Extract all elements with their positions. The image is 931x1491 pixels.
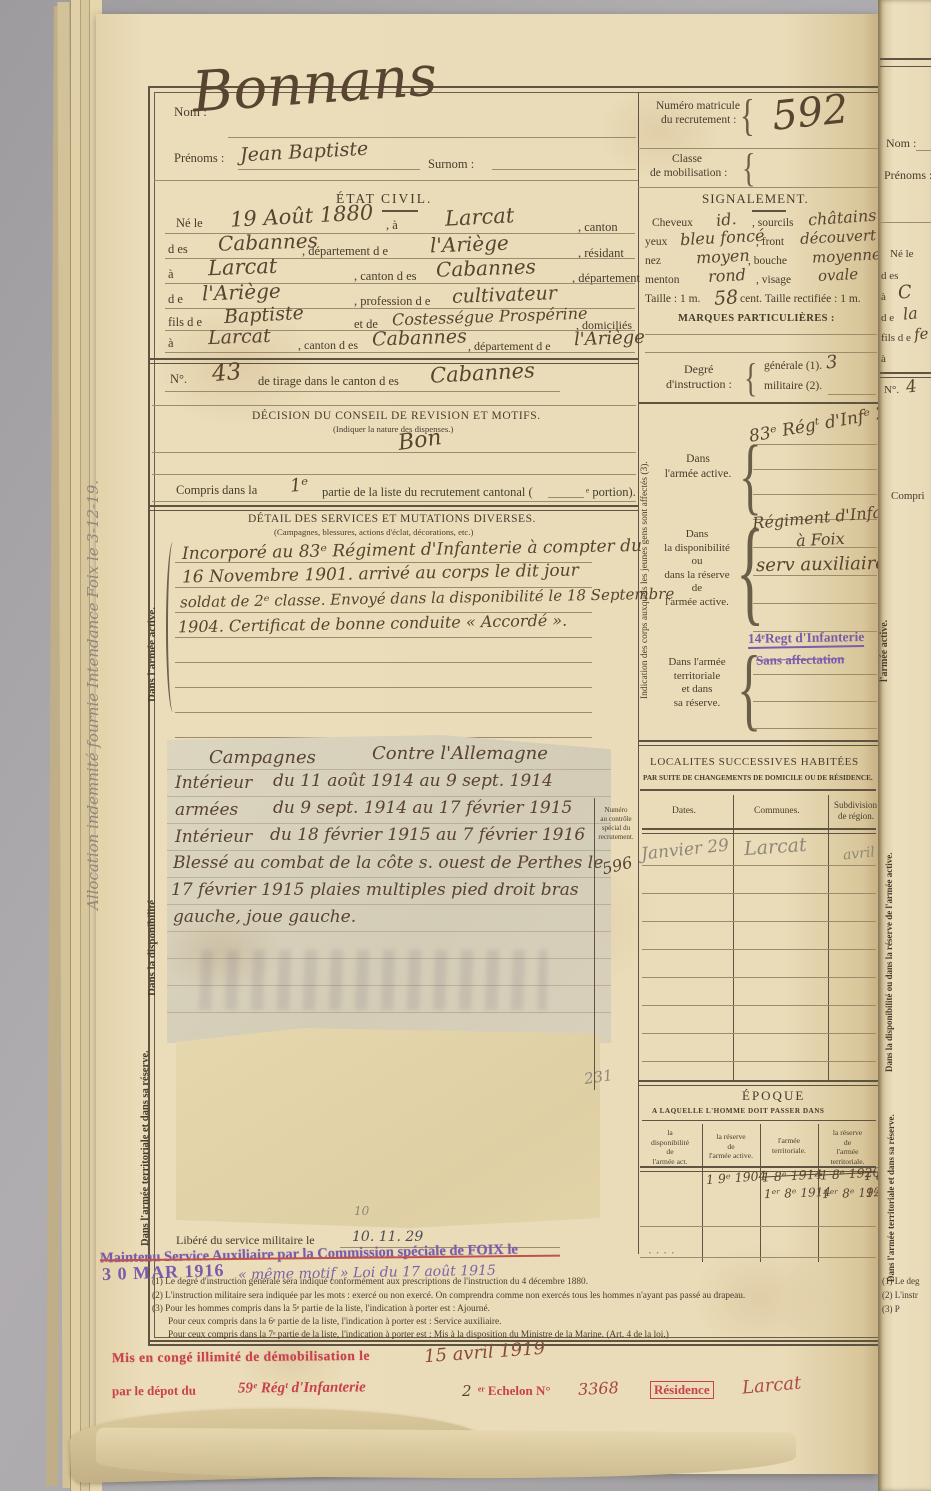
marques-label: MARQUES PARTICULIÈRES : [678,313,835,324]
np-de-label: d e [881,312,894,324]
departement-value: l'Ariège [202,279,282,306]
epoque-col4-header: la réserve de l'armée territoriale. [820,1128,875,1166]
classe-label: Classe [672,153,702,165]
label-line: disponibilité [640,1138,700,1148]
degre-militaire-label: militaire (2). [764,380,822,392]
rule [645,352,877,353]
a-label: , à [386,218,398,233]
tirage-label: de tirage dans le canton d es [258,374,399,389]
rule [548,497,584,498]
title-rule [752,210,786,212]
margin-pencil-note: Allocation indemnité fournie Intendance … [84,300,102,1090]
margin-disponibilite-label: Dans la disponibilité [146,858,158,1038]
wound-line: 17 février 1915 plaies multiples pied dr… [171,880,579,900]
label-line: au contrôle [595,815,637,824]
corps-active-label: Dans l'armée active. [655,452,741,482]
degre-generale-value: 3 [825,352,838,374]
label-line: l'armée act. [640,1157,700,1167]
label-line: l'armée active. [652,596,742,610]
campaign-zone: armées [175,800,238,820]
localites-subtitle: PAR SUITE DE CHANGEMENTS DE DOMICILE OU … [643,774,873,782]
libere-date: 10. 11. 29 [352,1229,423,1245]
compris-label3: ᵉ portion). [586,485,636,500]
yeux-label: yeux [645,236,667,248]
label-line: de [640,1147,700,1157]
label-line: Dans [652,528,742,542]
campaign-dates: du 11 août 1914 au 9 sept. 1914 [273,771,553,791]
rule [640,789,876,791]
rule [492,169,636,170]
rule [238,169,420,170]
rule [645,334,877,335]
matricule-value: 592 [770,86,851,140]
rule [828,394,876,395]
footnote-3: (3) Pour les hommes compris dans la 5ᵉ p… [152,1304,490,1314]
subdivision-header2: de région. [838,811,874,821]
menton-value: rond [708,265,747,286]
pencil-number: 10 [354,1204,369,1218]
visage-label: , visage [756,274,791,286]
residence-stamp: Résidence [650,1381,714,1399]
show-through-ink [187,950,547,1010]
label-line: de [820,1138,875,1148]
visage-value: ovale [818,265,859,285]
label-line: spécial du [595,824,637,833]
footnote-1: (1) Le degré d'instruction générale sera… [152,1277,588,1287]
margin-territoriale-label: Dans l'armée territoriale et dans sa rés… [140,1086,166,1246]
header-rule [642,828,876,834]
prenoms-label: Prénoms : [174,151,224,166]
subdivision-header: Subdivision [834,800,877,810]
demob-stamp-line1: Mis en congé illimité de démobilisation … [112,1348,370,1366]
departement-value: l'Ariège [574,327,646,350]
corps-territoriale-label: Dans l'armée territoriale et dans sa rés… [652,656,742,710]
np-prenoms-label: Prénoms : [884,168,931,183]
compris-value: 1ᵉ [289,474,309,497]
label-line: l'armée active. [655,467,741,482]
taille-label: Taille : 1 m. [645,293,700,305]
campaign-dates: du 9 sept. 1914 au 17 février 1915 [273,798,572,818]
epoque-subtitle: A LAQUELLE L'HOMME DOIT PASSER DANS [652,1107,824,1115]
section-rule [638,402,878,404]
campagnes-label: Campagnes [209,747,316,768]
np-hw-fragment: 4 [905,376,919,397]
pasted-campaign-note: Campagnes Contre l'Allemagne Intérieur d… [167,735,611,1043]
rule [916,150,931,151]
campaign-dates: du 18 février 1915 au 7 février 1916 [270,825,585,845]
rule [152,501,636,502]
nez-value: moyen [696,246,751,268]
canton-value: Cabannes [436,254,537,281]
pasted-blank-paper: 10 [176,1028,600,1228]
matricule-label: Numéro matricule [656,100,740,112]
label-line: Numéro [595,806,637,815]
menton-label: menton [645,274,680,286]
label-line: ou [652,555,742,569]
label-line: et dans [652,683,742,697]
label-line: de [704,1142,758,1152]
nez-label: nez [645,255,661,267]
cheveux-label: Cheveux [652,217,693,229]
localite-commune-entry: Larcat [743,834,807,860]
echelon-num-value: 3368 [578,1378,620,1399]
degre-label: Degré [684,362,713,377]
rule [154,180,638,181]
rule [165,352,635,353]
brace: { [744,358,757,398]
label-line: l'armée active. [704,1151,758,1161]
label-line: la [640,1128,700,1138]
label-line: recrutement. [595,833,637,842]
birthplace-value: Larcat [444,203,514,231]
next-frame-rule [880,58,931,60]
title-rule [382,210,418,212]
section-divider [638,1080,878,1086]
services-subtitle: (Campagnes, blessures, actions d'éclat, … [274,527,473,537]
territoriale-regiment-stamp: 14ᵉRegt d'Infanterie [748,629,865,649]
np-hw-fragment: C [897,281,913,303]
demob-regiment-stamp: 59ᵉ Régᵗ d'Infanterie [238,1379,366,1397]
np-footnote-fragment: (1) Le deg [882,1276,919,1286]
echelon-stamp: ᵉʳ Echelon N° [478,1383,551,1399]
ruled-lines [642,838,876,1082]
brace: { [742,148,755,188]
label-line: la réserve [704,1132,758,1142]
rule [880,222,931,223]
np-nom-label: Nom : [886,136,916,151]
decision-title: DÉCISION DU CONSEIL DE REVISION ET MOTIF… [252,410,541,422]
compris-label: Compris dans la [176,483,257,498]
epoque-territoriale-date: 1 8ᵉ 1914 [762,1166,823,1184]
np-footnote-fragment: (3) P [882,1304,900,1314]
epoque-col1-header: la disponibilité de l'armée act. [640,1128,700,1166]
label-line: la réserve [820,1128,875,1138]
dates-header: Dates. [672,806,696,816]
epoque-col2-header: la réserve de l'armée active. [704,1132,758,1161]
label-line: l'armée [820,1147,875,1157]
profession-value: cultivateur [452,282,558,308]
footnote-2: (2) L'instruction militaire sera indiqué… [152,1291,745,1301]
demob-stamp-line2: par le dépot du [112,1383,196,1400]
margin-armee-active-label: Dans l'armée active. [146,555,158,755]
echelon-number-hw: 2 [462,1382,472,1400]
localite-subdivision-entry: avril [842,844,875,863]
np-nele-label: Né le [890,248,914,260]
campaign-zone: Intérieur [175,773,252,793]
rule [152,405,636,406]
label-line: dans la réserve [652,569,742,583]
matricule-label2: du recrutement : [661,114,736,126]
profession-label: , profession d e [354,294,430,309]
label-line: territoriale. [762,1146,816,1156]
np-des-label: d es [881,270,898,282]
rule [165,391,560,392]
instruction-label: d'instruction : [666,377,732,392]
np-hw-fragment: fe [913,324,929,343]
epoque-col3-header: l'armée territoriale. [762,1136,816,1155]
corps-vertical-label: Indication des corps auxquels les jeunes… [640,412,650,748]
taille-value: 58 [713,286,739,310]
controle-header: Numéro au contrôle spécial du recrutemen… [595,806,637,842]
fils-de-label: fils d e [168,315,202,330]
canton-value: Cabannes [372,325,468,350]
tirage-number: 43 [211,359,242,387]
rule [228,137,636,138]
bouche-label: , bouche [748,255,787,267]
services-title: DÉTAIL DES SERVICES ET MUTATIONS DIVERSE… [248,513,536,525]
label-line: sa réserve. [652,697,742,711]
label-line: de [652,582,742,596]
degre-generale-label: générale (1). [764,360,822,372]
campaign-zone: Intérieur [175,827,252,847]
footnote-4: Pour ceux compris dans la 6ᵉ partie de l… [168,1317,501,1327]
np-a-label: à [881,291,886,303]
label-line: territoriale [652,670,742,684]
np-compris-fragment: Compri [891,490,925,502]
rule [642,1120,876,1121]
np-numero-label: N°. [884,384,899,396]
compris-label2: partie de la liste du recrutement canton… [322,485,533,500]
surnom-label: Surnom : [428,157,474,172]
rule [152,474,636,475]
np-fils-label: fils d e [881,332,911,344]
np-footnote-fragment: (2) L'instr [882,1290,918,1300]
ruled-lines [753,520,877,632]
section-divider [638,740,878,746]
label-line: l'armée [762,1136,816,1146]
residence-value: Larcat [208,254,278,280]
canton-label: , canton d es [354,269,416,284]
np-a2-label: à [881,353,886,365]
a-label: à [168,336,174,351]
page-curl [96,1428,796,1481]
epoque-title: ÉPOQUE [742,1088,805,1104]
pencil-marks: · · · · [648,1246,675,1260]
classe-label2: de mobilisation : [650,167,727,179]
label-line: la disponibilité [652,542,742,556]
np-hw-fragment: la [902,303,918,323]
signalement-title: SIGNALEMENT. [702,191,809,207]
ruled-lines [640,1196,876,1262]
ruled-lines [753,648,877,730]
de-label: d e [168,292,183,307]
a-label: à [168,267,174,282]
np-disponibilite-vlabel: Dans la disponibilité ou dans la réserve… [884,876,908,1072]
rule [152,452,636,453]
label-line: Dans l'armée [652,656,742,670]
canton-label: , canton d es [298,338,358,353]
domicile-value: Larcat [208,325,271,349]
ne-le-label: Né le [176,216,203,231]
wound-line: Blessé au combat de la côte s. ouest de … [173,853,603,873]
rule [638,148,878,149]
footnote-5: Pour ceux compris dans la 7ᵉ partie de l… [168,1330,669,1340]
corps-disponibilite-label: Dans la disponibilité ou dans la réserve… [652,528,742,609]
departement-label: , département d e [302,244,388,259]
next-frame-rule [880,66,931,67]
section-divider [148,505,638,511]
communes-header: Communes. [754,806,800,816]
brace: { [740,94,755,138]
taille-rectifiee-label: cent. Taille rectifiée : 1 m. [740,293,861,305]
rule [638,187,878,188]
departement-value: l'Ariège [430,231,510,258]
front-label: , front [756,236,784,248]
des-label: d es [168,242,188,257]
frame-bottom-rule [148,1340,878,1346]
bouche-value: moyenne [812,245,882,267]
scanned-register-photo: Nom : Bonnans Prénoms : Jean Baptiste Su… [0,0,931,1491]
label-line: Dans [655,452,741,467]
np-armee-active-vlabel: l'armée active. [879,596,890,706]
numero-label: N°. [170,372,187,387]
np-territoriale-vlabel: Dans l'armée territoriale et dans sa rés… [886,1118,908,1282]
wound-line: gauche, joue gauche. [173,907,356,927]
localites-title: LOCALITES SUCCESSIVES HABITÉES [650,756,859,768]
campagnes-title: Contre l'Allemagne [372,743,548,764]
